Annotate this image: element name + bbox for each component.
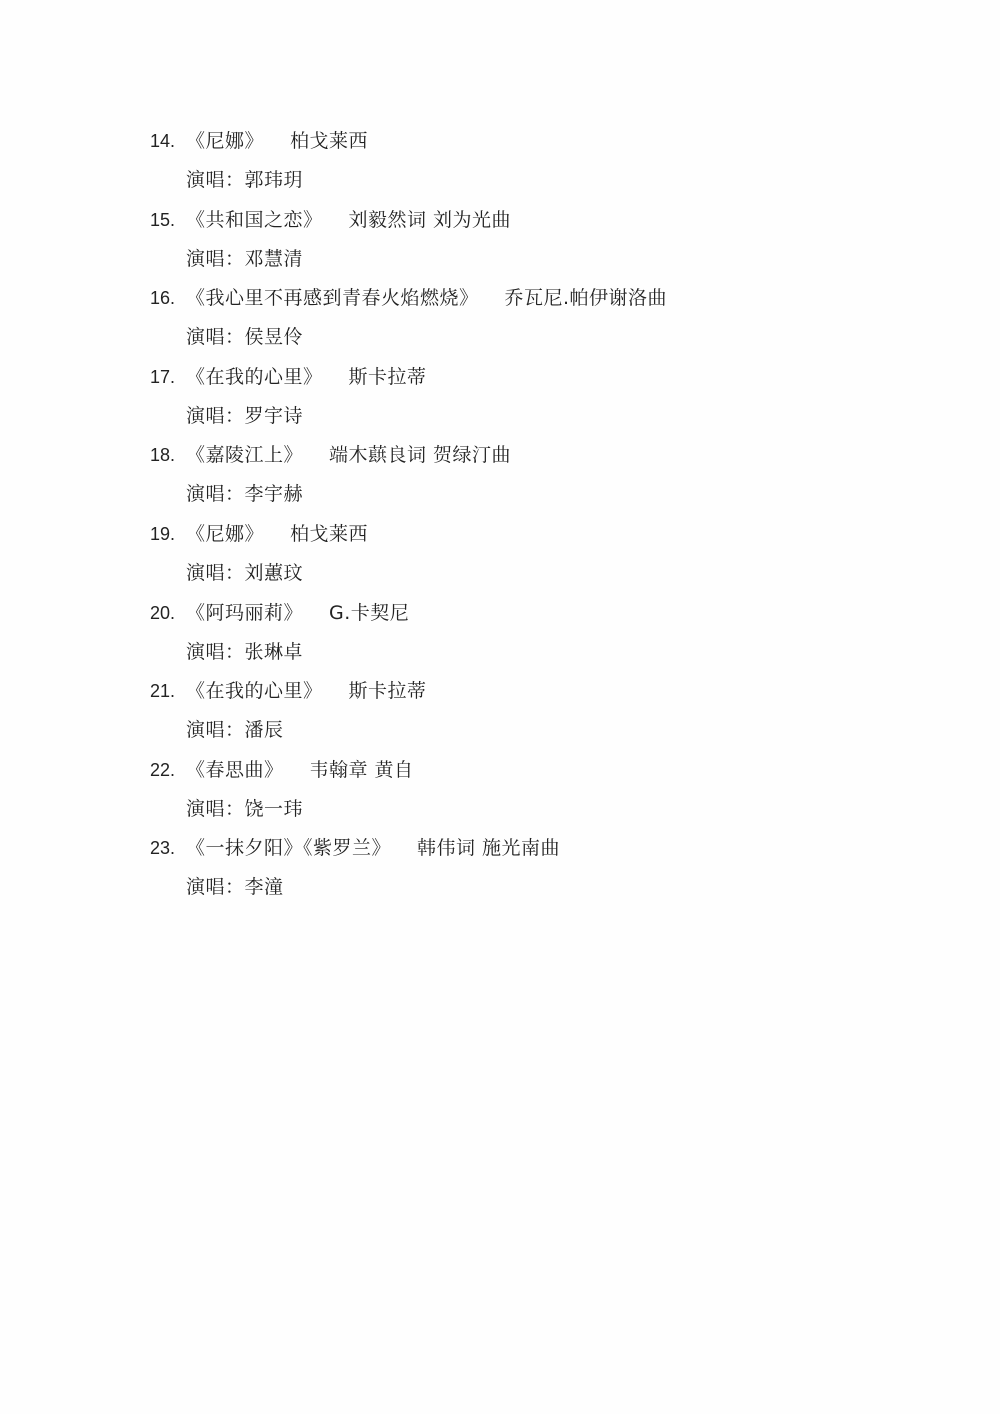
- performer-name: 饶一玮: [245, 794, 304, 824]
- piece-credits: 斯卡拉蒂: [349, 676, 427, 706]
- piece-credits: G.卡契尼: [329, 598, 409, 628]
- performer-name: 刘蕙玟: [245, 558, 304, 588]
- item-number: 18.: [150, 440, 186, 470]
- program-item: 19. 《尼娜》 柏戈莱西 演唱：刘蕙玟: [150, 519, 950, 598]
- program-item: 15. 《共和国之恋》 刘毅然词 刘为光曲 演唱：邓慧清: [150, 205, 950, 284]
- performer-line: 演唱：郭玮玥: [186, 165, 303, 195]
- program-item: 23. 《一抹夕阳》《紫罗兰》 韩伟词 施光南曲 演唱：李潼: [150, 833, 950, 912]
- item-number: 17.: [150, 362, 186, 392]
- piece-line: 18. 《嘉陵江上》 端木蕻良词 贺绿汀曲: [150, 440, 511, 470]
- performer-line: 演唱：李宇赫: [186, 479, 303, 509]
- piece-line: 19. 《尼娜》 柏戈莱西: [150, 519, 368, 549]
- performer-label: 演唱：: [186, 401, 245, 431]
- piece-credits: 乔瓦尼.帕伊谢洛曲: [505, 283, 668, 313]
- item-number: 21.: [150, 676, 186, 706]
- program-item: 14. 《尼娜》 柏戈莱西 演唱：郭玮玥: [150, 126, 950, 205]
- piece-credits: 柏戈莱西: [290, 519, 368, 549]
- performer-label: 演唱：: [186, 794, 245, 824]
- performer-line: 演唱：张琳卓: [186, 637, 303, 667]
- piece-title: 《我心里不再感到青春火焰燃烧》: [186, 283, 479, 313]
- item-number: 15.: [150, 205, 186, 235]
- item-number: 22.: [150, 755, 186, 785]
- piece-title: 《阿玛丽莉》: [186, 598, 303, 628]
- piece-credits: 韦翰章 黄自: [310, 755, 414, 785]
- performer-label: 演唱：: [186, 872, 245, 902]
- performer-line: 演唱：饶一玮: [186, 794, 303, 824]
- performer-line: 演唱：潘辰: [186, 715, 284, 745]
- piece-line: 21. 《在我的心里》 斯卡拉蒂: [150, 676, 427, 706]
- performer-label: 演唱：: [186, 165, 245, 195]
- performer-label: 演唱：: [186, 637, 245, 667]
- performer-name: 潘辰: [245, 715, 284, 745]
- performer-name: 罗宇诗: [245, 401, 304, 431]
- performer-label: 演唱：: [186, 244, 245, 274]
- performer-label: 演唱：: [186, 715, 245, 745]
- piece-credits: 柏戈莱西: [290, 126, 368, 156]
- program-list: 14. 《尼娜》 柏戈莱西 演唱：郭玮玥 15. 《共和国之恋》 刘毅然词 刘为…: [150, 126, 950, 912]
- performer-name: 张琳卓: [245, 637, 304, 667]
- performer-label: 演唱：: [186, 558, 245, 588]
- piece-title: 《尼娜》: [186, 126, 264, 156]
- piece-title: 《嘉陵江上》: [186, 440, 303, 470]
- program-item: 20. 《阿玛丽莉》 G.卡契尼 演唱：张琳卓: [150, 598, 950, 677]
- item-number: 20.: [150, 598, 186, 628]
- program-item: 21. 《在我的心里》 斯卡拉蒂 演唱：潘辰: [150, 676, 950, 755]
- piece-title: 《在我的心里》: [186, 362, 323, 392]
- performer-label: 演唱：: [186, 322, 245, 352]
- performer-name: 李宇赫: [245, 479, 304, 509]
- item-number: 23.: [150, 833, 186, 863]
- piece-line: 22. 《春思曲》 韦翰章 黄自: [150, 755, 414, 785]
- item-number: 19.: [150, 519, 186, 549]
- piece-line: 23. 《一抹夕阳》《紫罗兰》 韩伟词 施光南曲: [150, 833, 560, 863]
- piece-title: 《共和国之恋》: [186, 205, 323, 235]
- performer-name: 李潼: [245, 872, 284, 902]
- piece-title: 《尼娜》: [186, 519, 264, 549]
- piece-credits: 端木蕻良词 贺绿汀曲: [329, 440, 511, 470]
- performer-label: 演唱：: [186, 479, 245, 509]
- item-number: 14.: [150, 126, 186, 156]
- piece-title: 《一抹夕阳》《紫罗兰》: [186, 833, 391, 863]
- piece-credits: 韩伟词 施光南曲: [417, 833, 560, 863]
- piece-credits: 刘毅然词 刘为光曲: [349, 205, 512, 235]
- program-item: 18. 《嘉陵江上》 端木蕻良词 贺绿汀曲 演唱：李宇赫: [150, 440, 950, 519]
- piece-line: 14. 《尼娜》 柏戈莱西: [150, 126, 368, 156]
- performer-name: 侯昱伶: [245, 322, 304, 352]
- program-item: 17. 《在我的心里》 斯卡拉蒂 演唱：罗宇诗: [150, 362, 950, 441]
- document-page: 14. 《尼娜》 柏戈莱西 演唱：郭玮玥 15. 《共和国之恋》 刘毅然词 刘为…: [0, 0, 1000, 1414]
- performer-line: 演唱：侯昱伶: [186, 322, 303, 352]
- piece-line: 20. 《阿玛丽莉》 G.卡契尼: [150, 598, 409, 628]
- piece-credits: 斯卡拉蒂: [349, 362, 427, 392]
- piece-line: 16. 《我心里不再感到青春火焰燃烧》 乔瓦尼.帕伊谢洛曲: [150, 283, 667, 313]
- performer-line: 演唱：邓慧清: [186, 244, 303, 274]
- performer-line: 演唱：李潼: [186, 872, 284, 902]
- performer-line: 演唱：刘蕙玟: [186, 558, 303, 588]
- program-item: 16. 《我心里不再感到青春火焰燃烧》 乔瓦尼.帕伊谢洛曲 演唱：侯昱伶: [150, 283, 950, 362]
- piece-line: 17. 《在我的心里》 斯卡拉蒂: [150, 362, 427, 392]
- piece-line: 15. 《共和国之恋》 刘毅然词 刘为光曲: [150, 205, 511, 235]
- performer-name: 邓慧清: [245, 244, 304, 274]
- item-number: 16.: [150, 283, 186, 313]
- piece-title: 《在我的心里》: [186, 676, 323, 706]
- program-item: 22. 《春思曲》 韦翰章 黄自 演唱：饶一玮: [150, 755, 950, 834]
- performer-name: 郭玮玥: [245, 165, 304, 195]
- piece-title: 《春思曲》: [186, 755, 284, 785]
- performer-line: 演唱：罗宇诗: [186, 401, 303, 431]
